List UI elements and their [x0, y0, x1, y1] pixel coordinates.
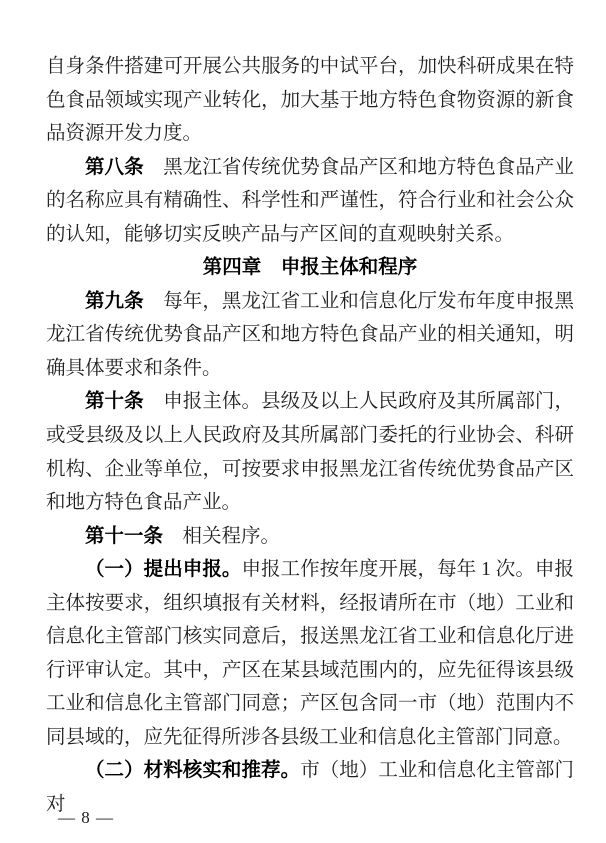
paragraph-body-text: 自身条件搭建可开展公共服务的中试平台，加快科研成果在特色食品领域实现产业转化，加… — [46, 56, 574, 144]
page-number: — 8 — — [58, 804, 114, 832]
paragraph-lead-text: （一）提出申报。 — [85, 559, 241, 580]
paragraph-lead-text: 第九条 — [85, 290, 144, 312]
paragraph: 第十一条 相关程序。 — [46, 520, 574, 554]
paragraph: （一）提出申报。申报工作按年度开展，每年 1 次。申报主体按要求，组织填报有关材… — [46, 553, 574, 754]
paragraph-lead-text: 第十一条 — [85, 525, 163, 547]
paragraph-lead-text: 第四章 申报主体和程序 — [203, 256, 418, 278]
document-page: 自身条件搭建可开展公共服务的中试平台，加快科研成果在特色食品领域实现产业转化，加… — [0, 0, 606, 843]
paragraph-lead-text: （二）材料核实和推荐。 — [85, 760, 300, 781]
paragraph-body-text: 相关程序。 — [163, 526, 280, 547]
paragraph: （二）材料核实和推荐。市（地）工业和信息化主管部门对 — [46, 754, 574, 821]
paragraph: 第八条 黑龙江省传统优势食品产区和地方特色食品产业的名称应具有精确性、科学性和严… — [46, 151, 574, 252]
paragraph-lead-text: 第八条 — [85, 156, 144, 178]
chapter-heading: 第四章 申报主体和程序 — [46, 251, 574, 285]
paragraph: 自身条件搭建可开展公共服务的中试平台，加快科研成果在特色食品领域实现产业转化，加… — [46, 50, 574, 151]
paragraph: 第九条 每年，黑龙江省工业和信息化厅发布年度申报黑龙江省传统优势食品产区和地方特… — [46, 285, 574, 386]
paragraph-body-text: 申报工作按年度开展，每年 1 次。申报主体按要求，组织填报有关材料，经报请所在市… — [46, 559, 574, 748]
paragraph: 第十条 申报主体。县级及以上人民政府及其所属部门，或受县级及以上人民政府及其所属… — [46, 385, 574, 519]
document-content: 自身条件搭建可开展公共服务的中试平台，加快科研成果在特色食品领域实现产业转化，加… — [46, 50, 574, 822]
paragraph-lead-text: 第十条 — [85, 390, 144, 412]
